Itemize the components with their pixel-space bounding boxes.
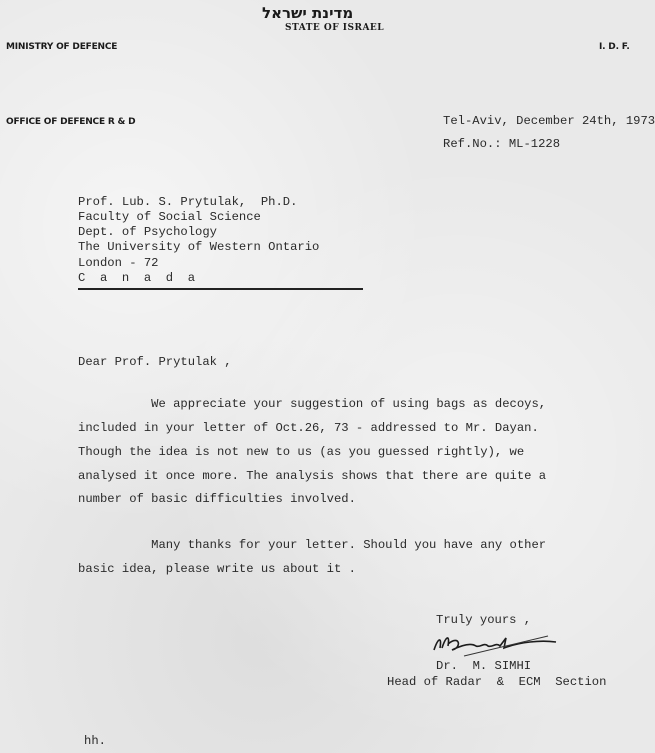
address-line: Faculty of Social Science [78,210,261,224]
idf-label: I. D. F. [599,42,630,52]
office-label: OFFICE OF DEFENCE R & D [6,117,135,127]
place-date: Tel-Aviv, December 24th, 1973 [443,114,655,128]
typist-initials: hh. [84,734,106,748]
valediction: Truly yours , [436,613,531,627]
body-line: Though the idea is not new to us (as you… [78,445,524,459]
signatory-title: Head of Radar & ECM Section [387,675,606,689]
address-line: London - 72 [78,256,158,270]
ministry-label: MINISTRY OF DEFENCE [6,42,117,52]
body-line: We appreciate your suggestion of using b… [78,397,546,411]
address-underline [78,288,363,290]
address-line: C a n a d a [78,271,195,285]
body-line: basic idea, please write us about it . [78,562,356,576]
address-line: Dept. of Psychology [78,225,217,239]
body-line: included in your letter of Oct.26, 73 - … [78,421,539,435]
signatory-name: Dr. M. SIMHI [436,659,531,673]
salutation: Dear Prof. Prytulak , [78,355,232,369]
address-line: Prof. Lub. S. Prytulak, Ph.D. [78,195,297,209]
body-line: analysed it once more. The analysis show… [78,469,546,483]
body-line: number of basic difficulties involved. [78,492,356,506]
hebrew-title: מדינת ישראל [262,4,353,22]
body-line: Many thanks for your letter. Should you … [78,538,546,552]
signature-icon [430,628,560,658]
state-of-israel: STATE OF ISRAEL [285,23,384,33]
address-line: The University of Western Ontario [78,240,319,254]
reference-number: Ref.No.: ML-1228 [443,137,560,151]
